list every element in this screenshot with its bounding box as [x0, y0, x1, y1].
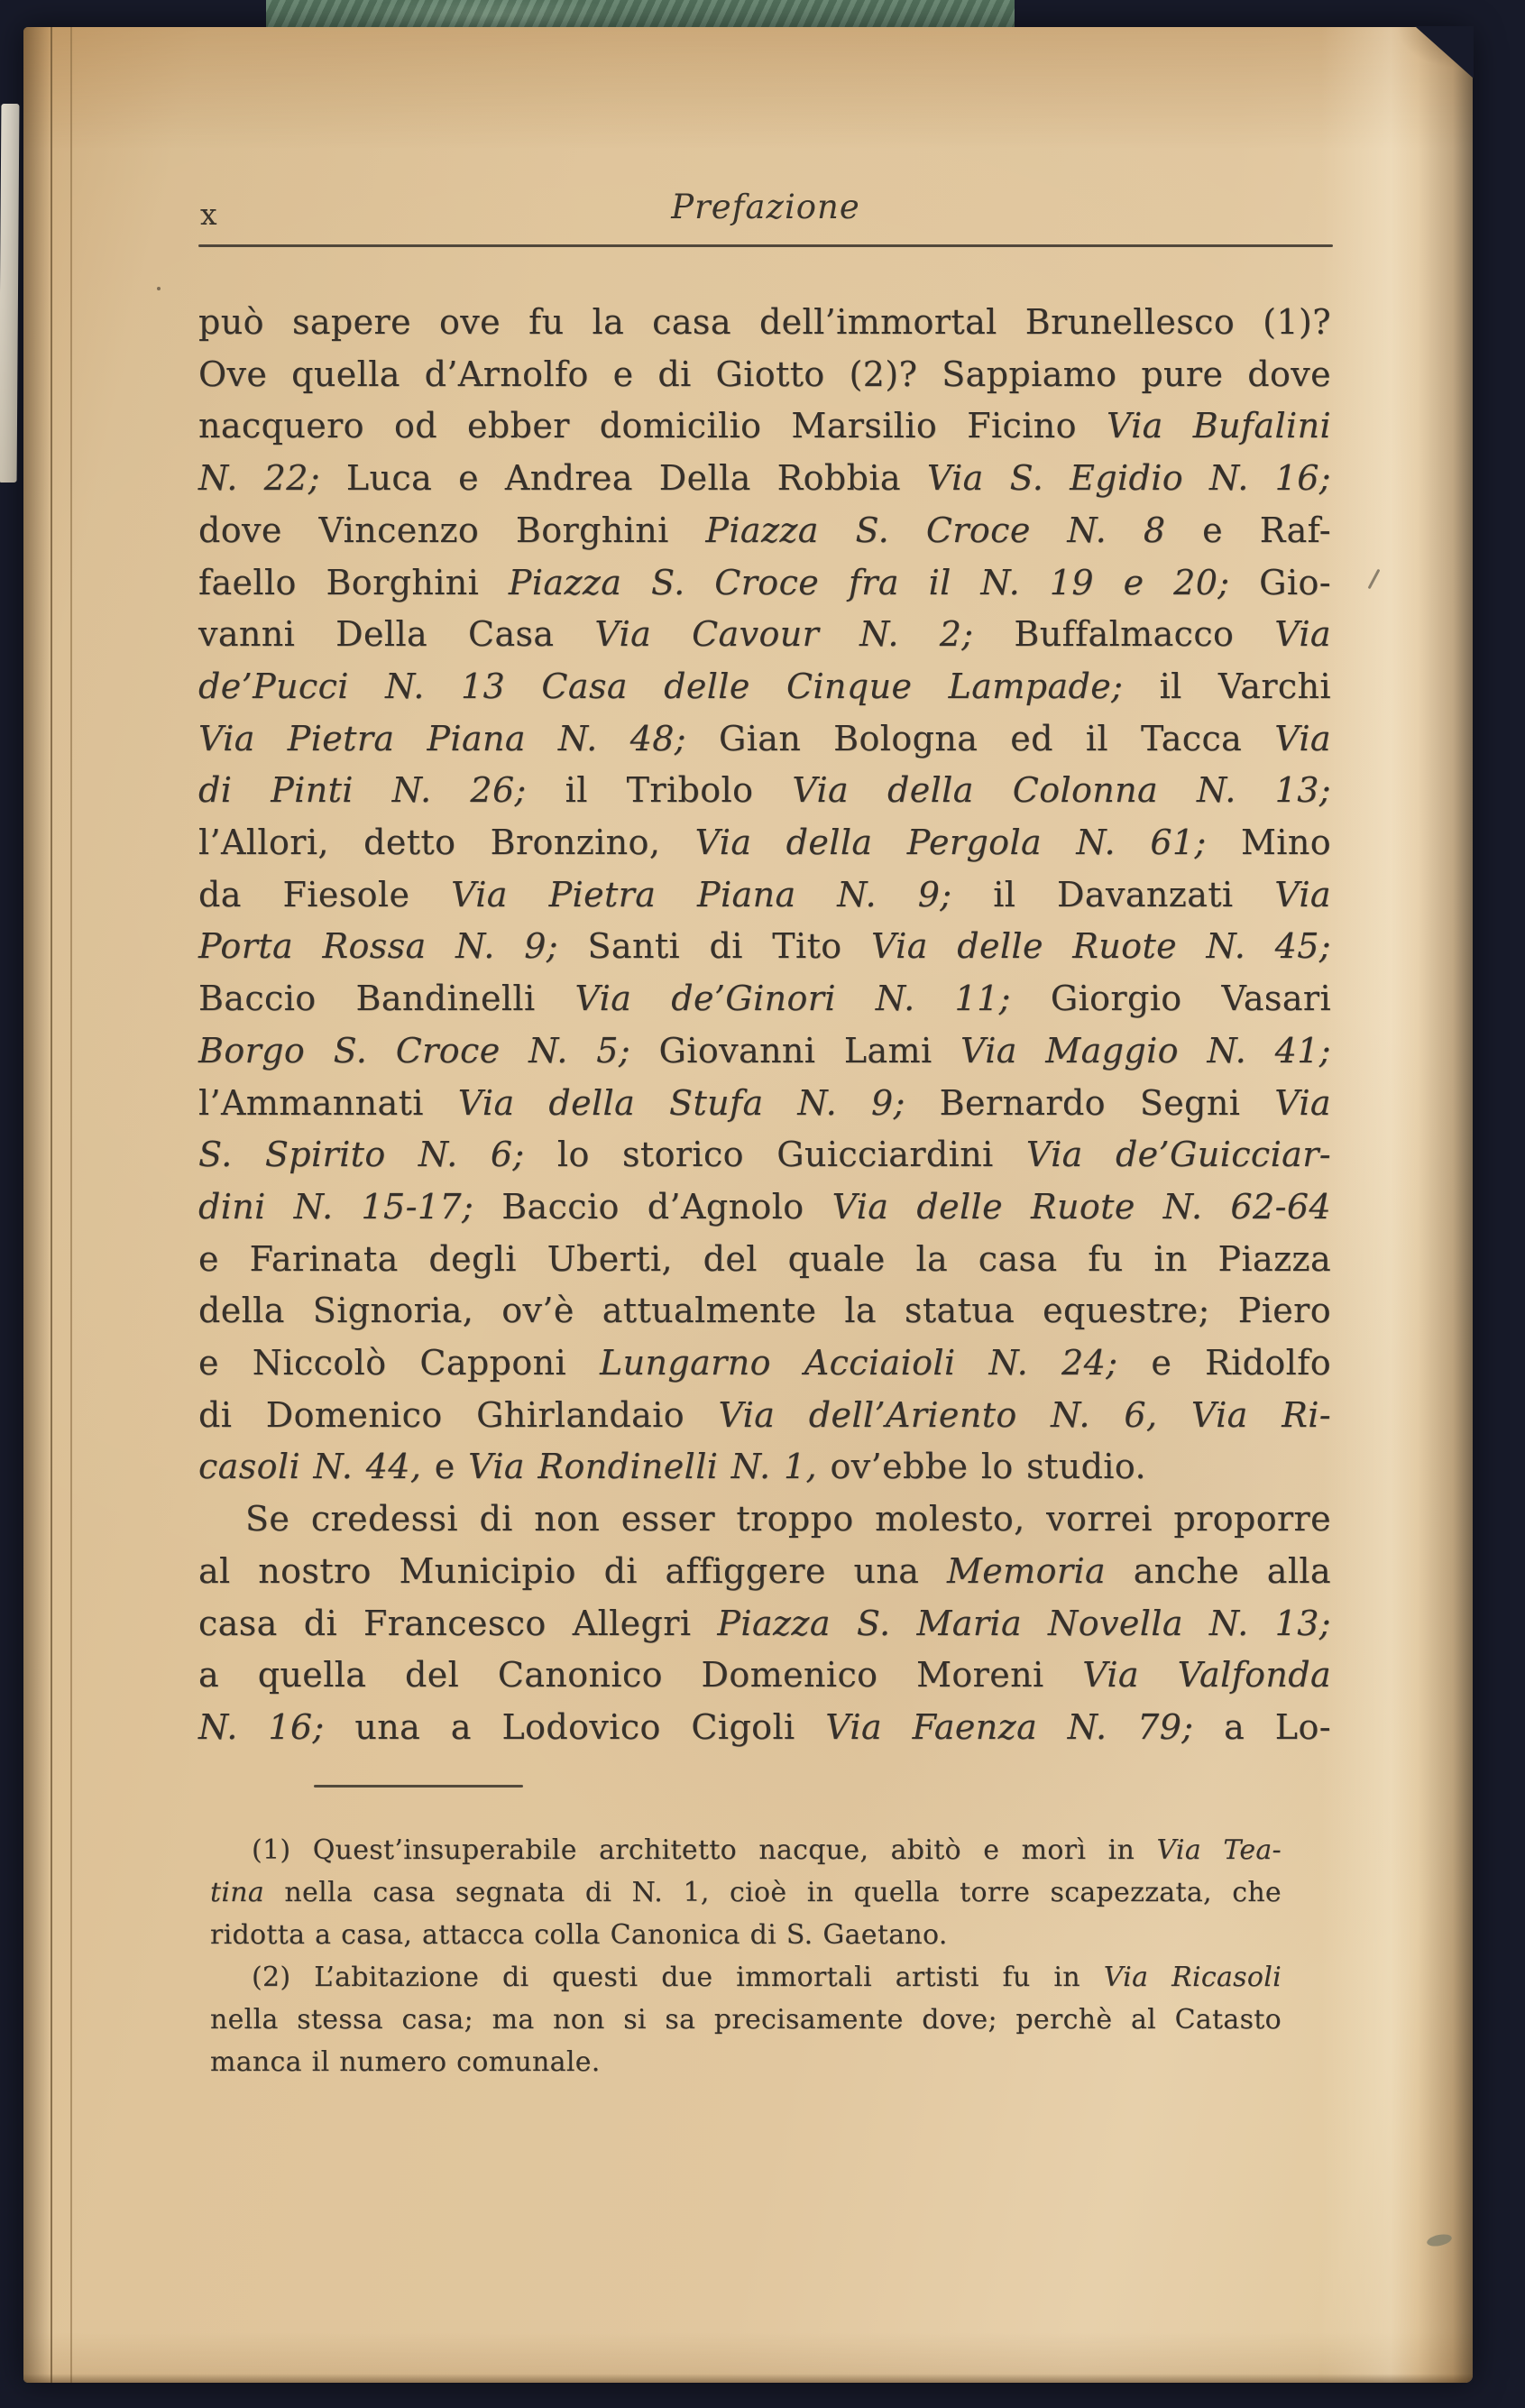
body-line: faello Borghini Piazza S. Croce fra il N… — [198, 557, 1331, 610]
body-line: de’Pucci N. 13 Casa delle Cinque Lampade… — [198, 661, 1331, 713]
roman-text: Mino — [1207, 823, 1331, 862]
header-rule — [198, 244, 1333, 247]
page-stack-edge-line — [70, 27, 72, 2383]
roman-text: il Tribolo — [527, 770, 793, 810]
roman-text: (1) Quest’insuperabile architetto nacque… — [252, 1834, 1156, 1866]
paper-speck — [157, 287, 161, 290]
footnote-separator-rule — [314, 1785, 523, 1788]
italic-text: Via Valfonda — [1082, 1655, 1331, 1695]
roman-text: l’Allori, detto Bronzino, — [198, 823, 695, 862]
roman-text: nella casa segnata di N. 1, cioè in quel… — [264, 1877, 1282, 1908]
roman-text: Santi di Tito — [558, 926, 871, 966]
roman-text: anche alla — [1106, 1551, 1331, 1591]
roman-text: lo storico Guicciardini — [525, 1135, 1026, 1174]
page-stack-edge-line — [51, 27, 52, 2383]
body-line: dove Vincenzo Borghini Piazza S. Croce N… — [198, 505, 1331, 557]
italic-text: Porta Rossa N. 9; — [198, 926, 558, 966]
scanned-book-photo: { "page": { "folio": "x", "running_title… — [0, 0, 1525, 2408]
roman-text: da Fiesole — [198, 875, 451, 914]
italic-text: Via — [1274, 614, 1331, 654]
italic-text: Piazza S. Croce fra il N. 19 e 20; — [509, 563, 1230, 602]
roman-text: a quella del Canonico Domenico Moreni — [198, 1655, 1082, 1695]
body-line: N. 16; una a Lodovico Cigoli Via Faenza … — [198, 1702, 1331, 1754]
curled-corner — [1407, 26, 1474, 78]
roman-text: nacquero od ebber domicilio Marsilio Fic… — [198, 406, 1107, 446]
italic-text: Via Faenza N. 79; — [825, 1707, 1193, 1747]
body-line: Porta Rossa N. 9; Santi di Tito Via dell… — [198, 921, 1331, 973]
roman-text: e Raf- — [1165, 510, 1331, 550]
body-line: S. Spirito N. 6; lo storico Guicciardini… — [198, 1129, 1331, 1181]
roman-text: della Signoria, ov’è attualmente la stat… — [198, 1291, 1331, 1330]
italic-text: casoli N. 44, — [198, 1447, 421, 1486]
roman-text: Ove quella d’Arnolfo e di Giotto (2)? Sa… — [198, 354, 1331, 394]
italic-text: Via dell’Ariento N. 6, Via Ri- — [718, 1395, 1331, 1435]
italic-text: Via delle Ruote N. 45; — [871, 926, 1331, 966]
roman-text: Luca e Andrea Della Robbia — [320, 458, 927, 498]
italic-text: Via Cavour N. 2; — [594, 614, 973, 654]
left-edge-shadow — [23, 27, 51, 2383]
italic-text: Via Pietra Piana N. 48; — [198, 719, 686, 758]
body-line: da Fiesole Via Pietra Piana N. 9; il Dav… — [198, 869, 1331, 922]
roman-text: il Davanzati — [951, 875, 1274, 914]
roman-text: Buffalmacco — [974, 614, 1275, 654]
body-line: dini N. 15-17; Baccio d’Agnolo Via delle… — [198, 1181, 1331, 1234]
ink-mark — [1368, 569, 1381, 590]
italic-text: Via della Stufa N. 9; — [458, 1083, 905, 1123]
body-line: Via Pietra Piana N. 48; Gian Bologna ed … — [198, 713, 1331, 766]
footnote-line: tina nella casa segnata di N. 1, cioè in… — [210, 1871, 1282, 1914]
italic-text: Piazza S. Croce N. 8 — [705, 510, 1165, 550]
roman-text: Bernardo Segni — [905, 1083, 1274, 1123]
footnote-line: ridotta a casa, attacca colla Canonica d… — [210, 1914, 1282, 1956]
roman-text: al nostro Municipio di affiggere una — [198, 1551, 947, 1591]
roman-text: Se credessi di non esser troppo molesto,… — [245, 1499, 1331, 1539]
roman-text: a Lo- — [1193, 1707, 1331, 1747]
roman-text: Giorgio Vasari — [1011, 979, 1331, 1018]
roman-text: ridotta a casa, attacca colla Canonica d… — [210, 1919, 948, 1951]
italic-text: Memoria — [947, 1551, 1106, 1591]
roman-text: nella stessa casa; ma non si sa precisam… — [210, 2004, 1282, 2036]
roman-text: e — [421, 1447, 468, 1486]
italic-text: Via Tea- — [1156, 1834, 1282, 1866]
roman-text: casa di Francesco Allegri — [198, 1604, 717, 1643]
roman-text: Baccio Bandinelli — [198, 979, 574, 1018]
roman-text: può sapere ove fu la casa dell’immortal … — [198, 302, 1331, 342]
book-page: x Prefazione può sapere ove fu la casa d… — [23, 27, 1473, 2383]
footnote-line: (2) L’abitazione di questi due immortali… — [210, 1956, 1282, 1999]
body-line: vanni Della Casa Via Cavour N. 2; Buffal… — [198, 609, 1331, 661]
italic-text: Via della Colonna N. 13; — [792, 770, 1331, 810]
italic-text: Via della Pergola N. 61; — [695, 823, 1207, 862]
roman-text: di Domenico Ghirlandaio — [198, 1395, 718, 1435]
roman-text: ov’ebbe lo studio. — [817, 1447, 1146, 1486]
body-line: Se credessi di non esser troppo molesto,… — [198, 1494, 1331, 1546]
italic-text: Via Bufalini — [1107, 406, 1331, 446]
italic-text: Via delle Ruote N. 62-64 — [832, 1187, 1331, 1227]
body-line: a quella del Canonico Domenico Moreni Vi… — [198, 1650, 1331, 1702]
bottom-page-edge — [23, 2374, 1473, 2383]
italic-text: S. Spirito N. 6; — [198, 1135, 525, 1174]
italic-text: Via Maggio N. 41; — [960, 1031, 1331, 1071]
body-line: l’Ammannati Via della Stufa N. 9; Bernar… — [198, 1078, 1331, 1130]
body-line: casa di Francesco Allegri Piazza S. Mari… — [198, 1598, 1331, 1650]
body-line: nacquero od ebber domicilio Marsilio Fic… — [198, 400, 1331, 453]
italic-text: Via S. Egidio N. 16; — [927, 458, 1331, 498]
italic-text: Via Ricasoli — [1104, 1962, 1282, 1993]
roman-text: il Varchi — [1123, 666, 1331, 706]
body-line: della Signoria, ov’è attualmente la stat… — [198, 1285, 1331, 1337]
body-line: Borgo S. Croce N. 5; Giovanni Lami Via M… — [198, 1025, 1331, 1078]
italic-text: Piazza S. Maria Novella N. 13; — [717, 1604, 1331, 1643]
roman-text: Gian Bologna ed il Tacca — [686, 719, 1274, 758]
roman-text: e Farinata degli Uberti, del quale la ca… — [198, 1239, 1331, 1279]
roman-text: l’Ammannati — [198, 1083, 458, 1123]
body-line: casoli N. 44, e Via Rondinelli N. 1, ov’… — [198, 1441, 1331, 1494]
italic-text: Borgo S. Croce N. 5; — [198, 1031, 630, 1071]
body-line: di Pinti N. 26; il Tribolo Via della Col… — [198, 765, 1331, 817]
footnote-line: (1) Quest’insuperabile architetto nacque… — [210, 1829, 1282, 1871]
body-line: Ove quella d’Arnolfo e di Giotto (2)? Sa… — [198, 349, 1331, 401]
roman-text: faello Borghini — [198, 563, 509, 602]
italic-text: Via Rondinelli N. 1, — [468, 1447, 817, 1486]
body-line: e Farinata degli Uberti, del quale la ca… — [198, 1234, 1331, 1286]
running-title: Prefazione — [198, 188, 1333, 226]
italic-text: N. 22; — [198, 458, 320, 498]
body-line: al nostro Municipio di affiggere una Mem… — [198, 1546, 1331, 1598]
roman-text: una a Lodovico Cigoli — [325, 1707, 826, 1747]
italic-text: Lungarno Acciaioli N. 24; — [600, 1343, 1117, 1383]
italic-text: Via — [1274, 719, 1331, 758]
body-line: Baccio Bandinelli Via de’Ginori N. 11; G… — [198, 973, 1331, 1025]
italic-text: Via — [1274, 1083, 1331, 1123]
body-line: l’Allori, detto Bronzino, Via della Perg… — [198, 817, 1331, 869]
roman-text: Gio- — [1230, 563, 1332, 602]
roman-text: e Niccolò Capponi — [198, 1343, 600, 1383]
paper-stain — [1426, 2232, 1453, 2248]
body-line: e Niccolò Capponi Lungarno Acciaioli N. … — [198, 1337, 1331, 1390]
footnote-line: manca il numero comunale. — [210, 2041, 1282, 2083]
italic-text: tina — [210, 1877, 264, 1908]
italic-text: dini N. 15-17; — [198, 1187, 473, 1227]
italic-text: Via — [1274, 875, 1331, 914]
italic-text: Via Pietra Piana N. 9; — [451, 875, 951, 914]
italic-text: de’Pucci N. 13 Casa delle Cinque Lampade… — [198, 666, 1123, 706]
roman-text: Baccio d’Agnolo — [473, 1187, 831, 1227]
body-text: può sapere ove fu la casa dell’immortal … — [198, 297, 1331, 1754]
roman-text: e Ridolfo — [1117, 1343, 1331, 1383]
body-line: può sapere ove fu la casa dell’immortal … — [198, 297, 1331, 349]
roman-text: dove Vincenzo Borghini — [198, 510, 705, 550]
italic-text: Via de’Ginori N. 11; — [574, 979, 1010, 1018]
roman-text: vanni Della Casa — [198, 614, 594, 654]
page-edge-sliver — [0, 104, 19, 483]
footnote-line: nella stessa casa; ma non si sa precisam… — [210, 1999, 1282, 2041]
right-page-fold — [1321, 27, 1473, 2383]
body-line: di Domenico Ghirlandaio Via dell’Ariento… — [198, 1390, 1331, 1442]
roman-text: Giovanni Lami — [630, 1031, 960, 1071]
italic-text: Via de’Guicciar- — [1026, 1135, 1331, 1174]
italic-text: N. 16; — [198, 1707, 325, 1747]
roman-text: (2) L’abitazione di questi due immortali… — [252, 1962, 1104, 1993]
footnote-text: (1) Quest’insuperabile architetto nacque… — [210, 1829, 1282, 2083]
roman-text: manca il numero comunale. — [210, 2046, 601, 2078]
body-line: N. 22; Luca e Andrea Della Robbia Via S.… — [198, 453, 1331, 505]
italic-text: di Pinti N. 26; — [198, 770, 527, 810]
